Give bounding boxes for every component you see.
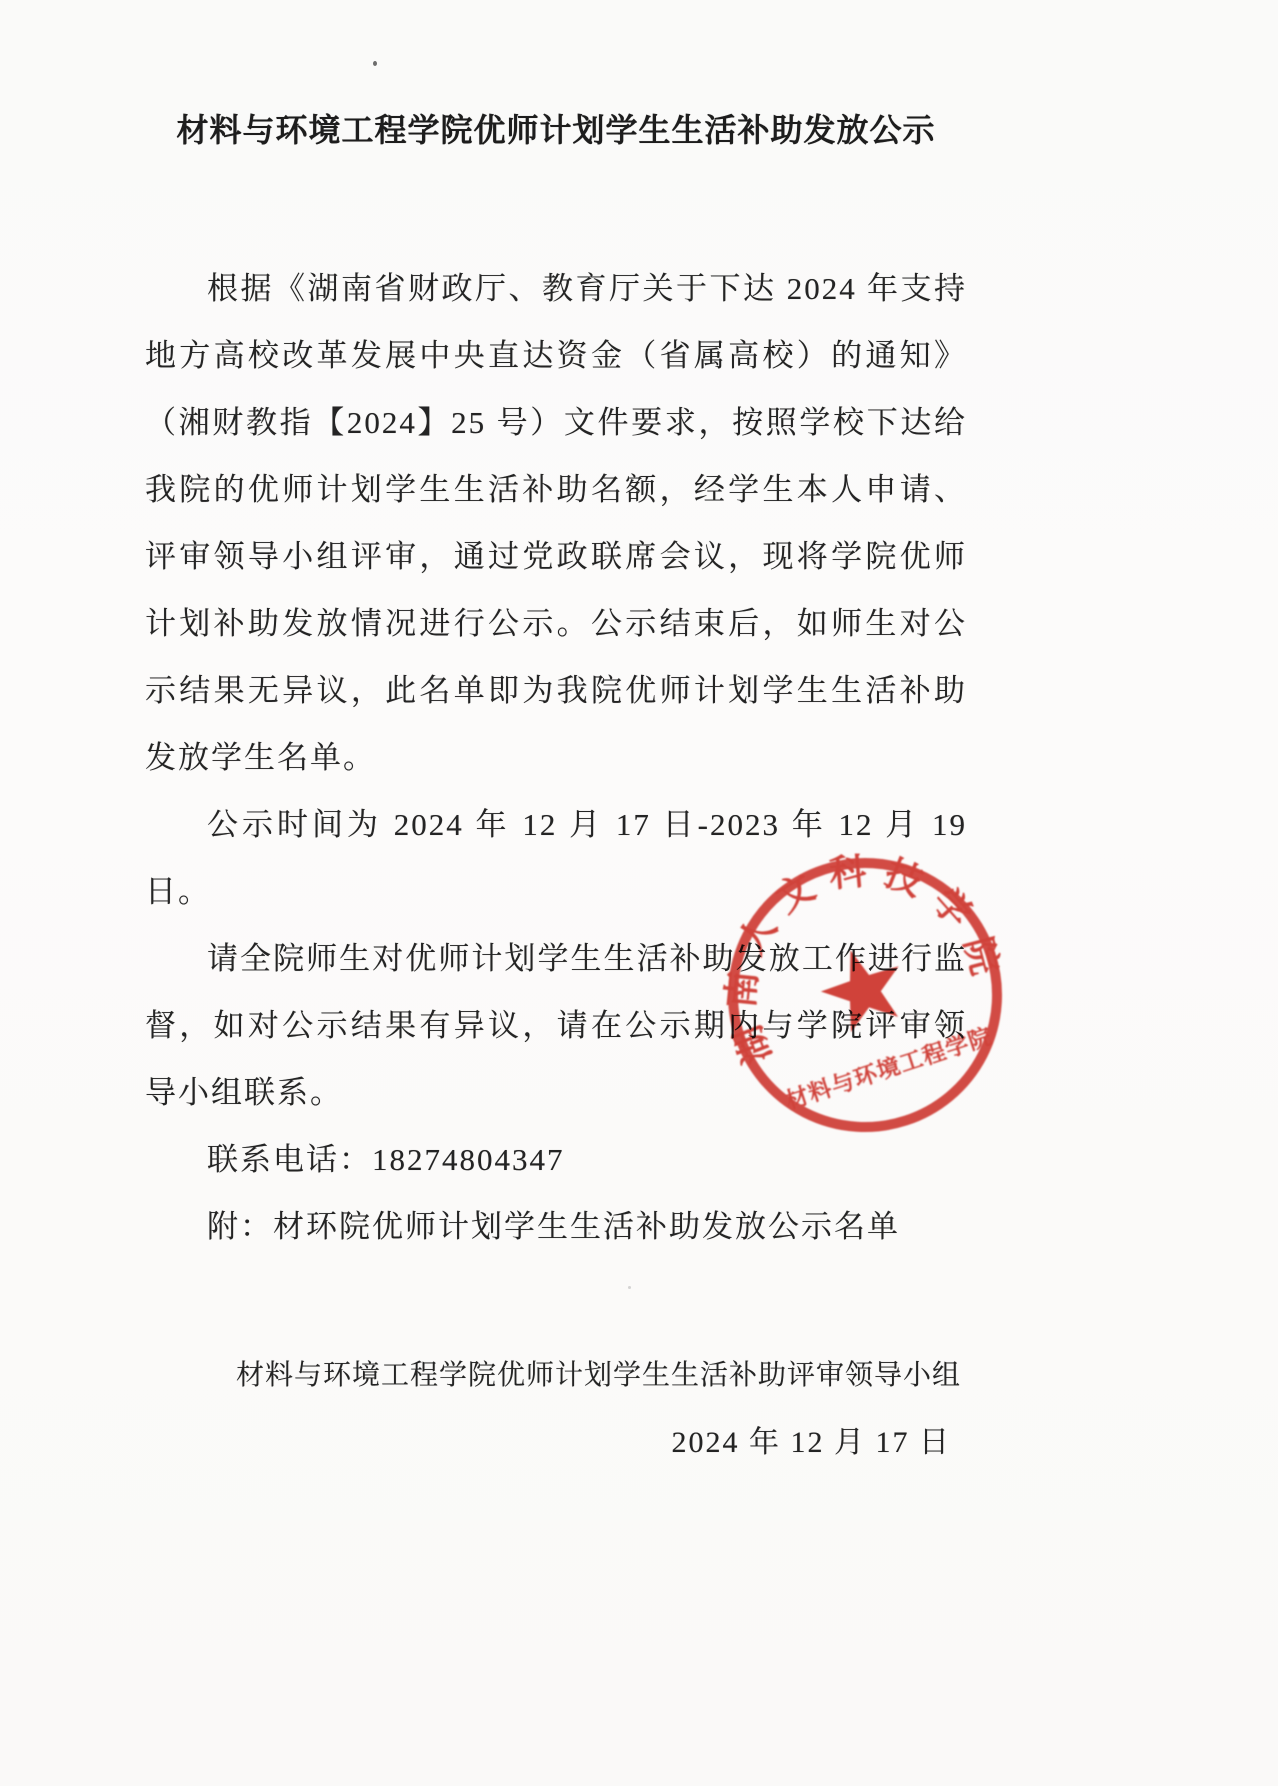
scan-speck	[373, 61, 377, 66]
contact-phone-line: 联系电话：18274804347	[145, 1126, 967, 1193]
scanned-document-page: 材料与环境工程学院优师计划学生生活补助发放公示 根据《湖南省财政厅、教育厅关于下…	[0, 0, 1278, 1786]
scan-speck	[588, 1232, 591, 1235]
document-body: 材料与环境工程学院优师计划学生生活补助发放公示 根据《湖南省财政厅、教育厅关于下…	[145, 100, 967, 1476]
body-paragraph-3: 请全院师生对优师计划学生生活补助发放工作进行监督，如对公示结果有异议，请在公示期…	[145, 925, 967, 1126]
document-title: 材料与环境工程学院优师计划学生生活补助发放公示	[145, 100, 967, 160]
body-paragraph-2: 公示时间为 2024 年 12 月 17 日-2023 年 12 月 19 日。	[145, 791, 967, 925]
date-line: 2024 年 12 月 17 日	[145, 1409, 967, 1476]
attachment-line: 附：材环院优师计划学生生活补助发放公示名单	[145, 1193, 967, 1260]
scan-speck	[214, 1152, 217, 1155]
signature-line: 材料与环境工程学院优师计划学生生活补助评审领导小组	[145, 1342, 967, 1409]
body-paragraph-1: 根据《湖南省财政厅、教育厅关于下达 2024 年支持地方高校改革发展中央直达资金…	[145, 255, 967, 791]
scan-speck	[628, 1286, 631, 1289]
